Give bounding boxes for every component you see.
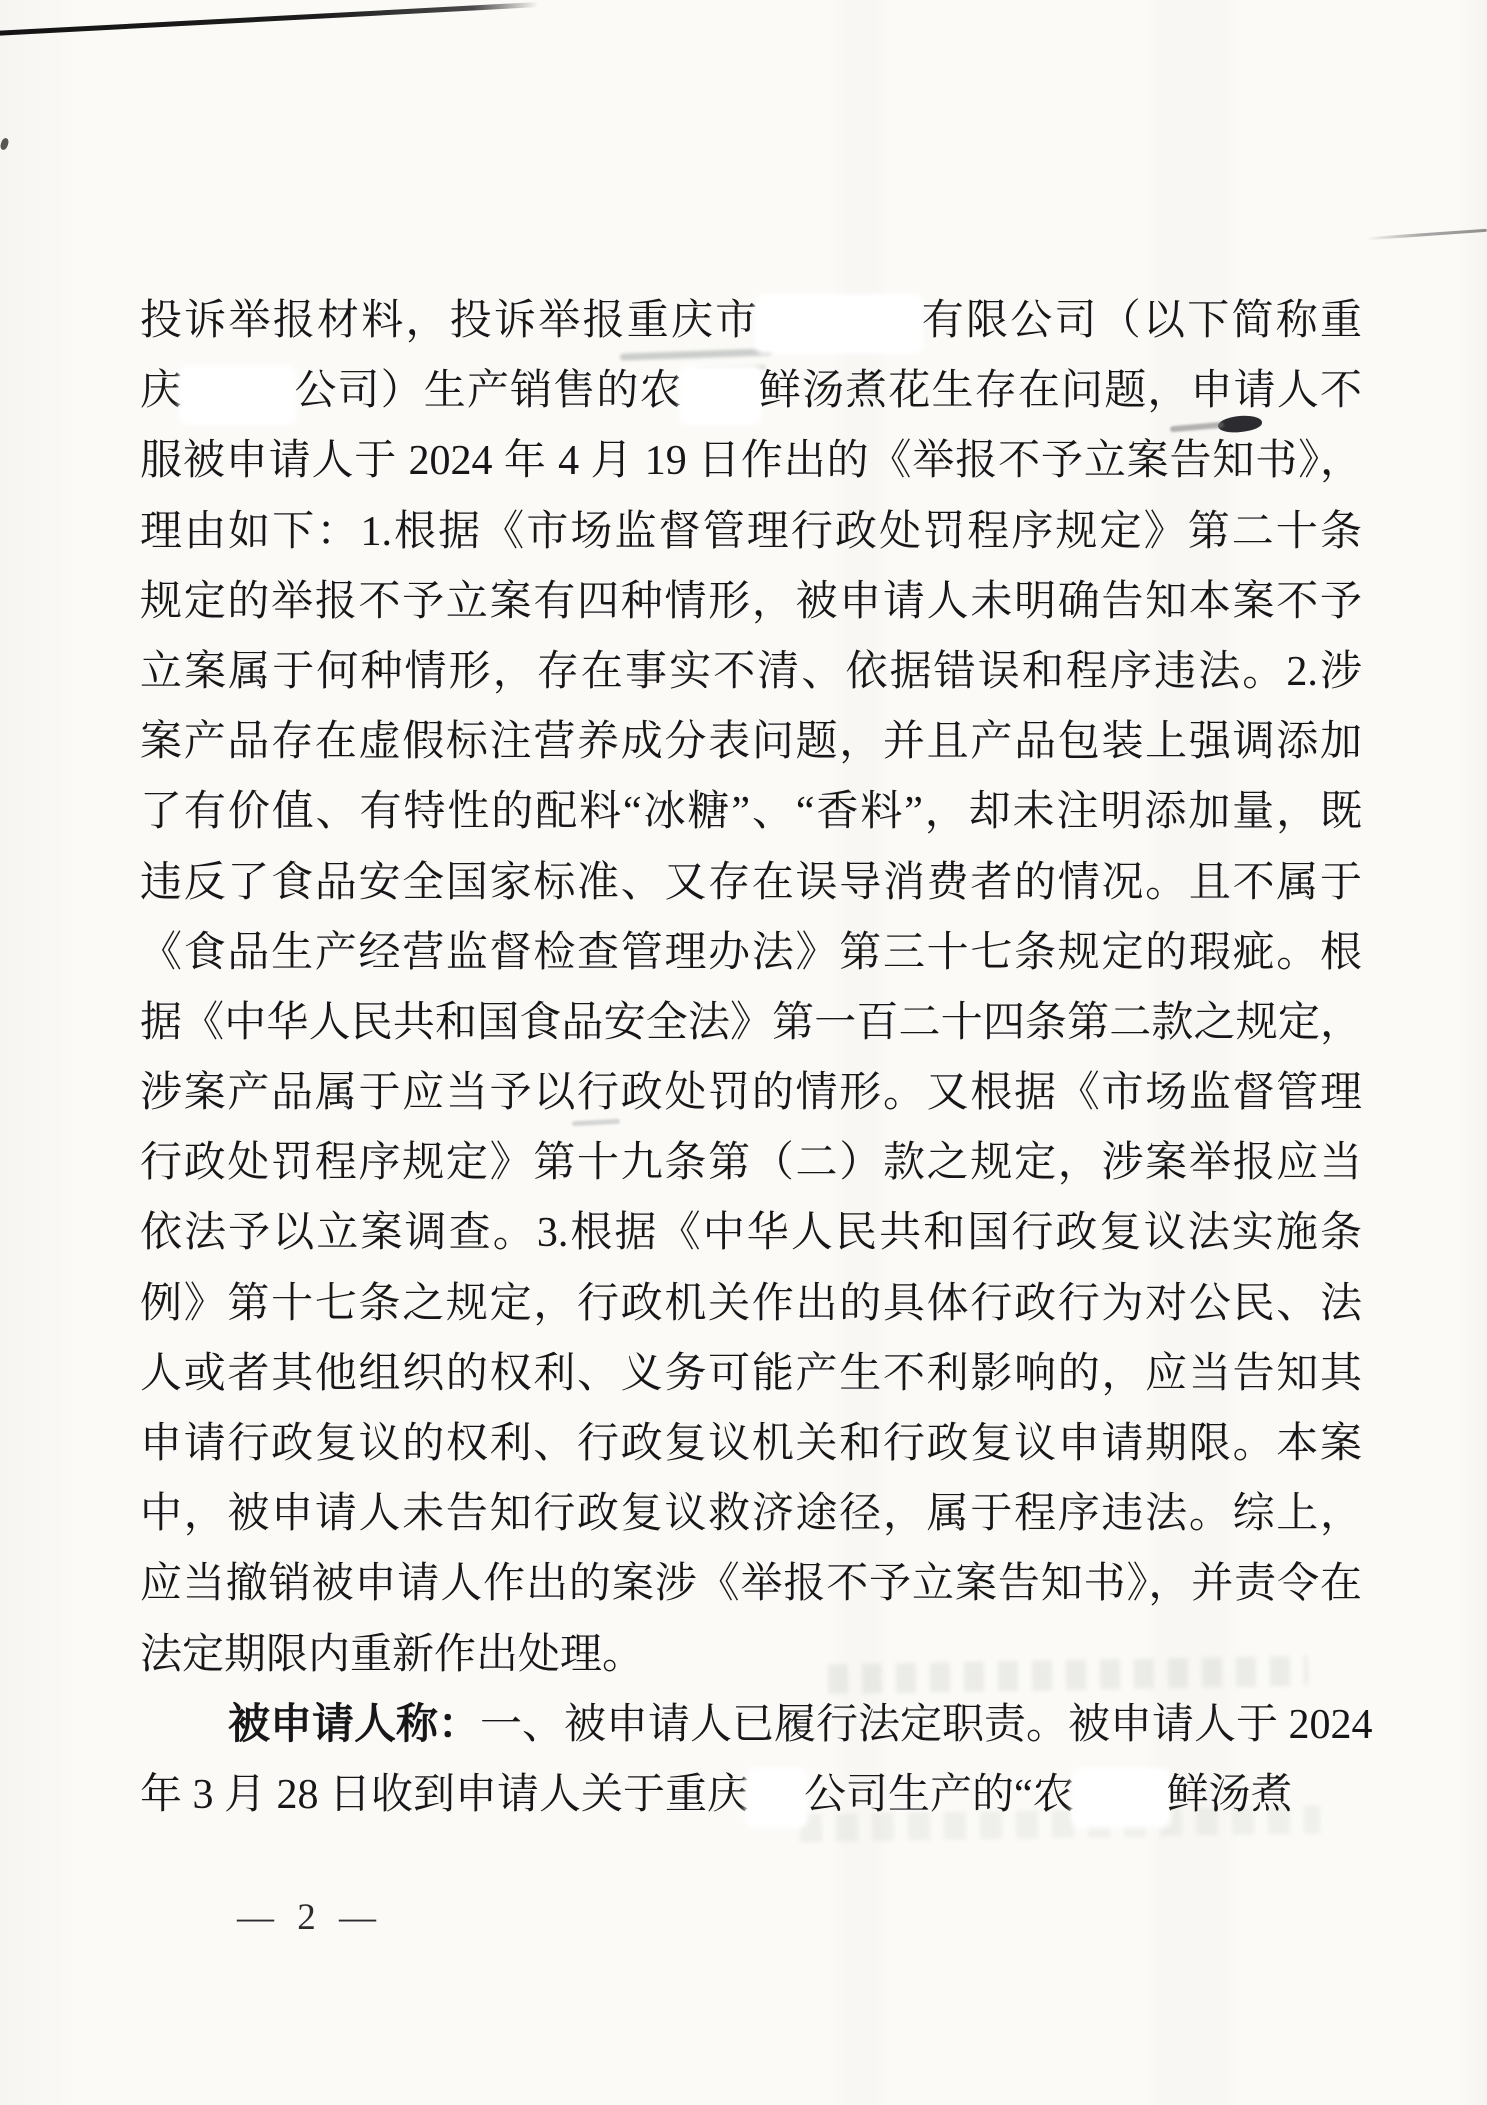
text-line: 年 3 月 28 日收到申请人关于重庆公司生产的“农鲜汤煮 bbox=[140, 1760, 1362, 1830]
text-line: 庆公司）生产销售的农鲜汤煮花生存在问题，申请人不 bbox=[140, 356, 1362, 426]
text-line: 应当撤销被申请人作出的案涉《举报不予立案告知书》，并责令在 bbox=[140, 1549, 1362, 1619]
text-segment: 规定的举报不予立案有四种情形，被申请人未明确告知本案不予 bbox=[140, 579, 1362, 625]
text-line: 案产品存在虚假标注营养成分表问题，并且产品包装上强调添加 bbox=[140, 707, 1362, 777]
text-segment: 案产品存在虚假标注营养成分表问题，并且产品包装上强调添加 bbox=[140, 719, 1362, 765]
text-segment: 投诉举报材料，投诉举报重庆市 bbox=[140, 298, 759, 344]
text-line: 人或者其他组织的权利、义务可能产生不利影响的，应当告知其 bbox=[140, 1339, 1362, 1409]
redaction-gap bbox=[183, 369, 293, 421]
document-text-block: 投诉举报材料，投诉举报重庆市有限公司（以下简称重庆公司）生产销售的农鲜汤煮花生存… bbox=[140, 286, 1362, 1830]
text-segment: 一、被申请人已履行法定职责。被申请人于 2024 bbox=[480, 1702, 1373, 1748]
text-segment: 公司生产的“农 bbox=[804, 1772, 1075, 1818]
text-segment: 《食品生产经营监督检查管理办法》第三十七条规定的瑕疵。根 bbox=[140, 930, 1362, 976]
text-segment: 涉案产品属于应当予以行政处罚的情形。又根据《市场监督管理 bbox=[140, 1070, 1362, 1116]
scanned-document-page: { "page": { "paper_color": "#fbfaf7", "i… bbox=[0, 0, 1487, 2105]
scan-speck-artifact bbox=[0, 137, 10, 151]
text-line: 被申请人称：一、被申请人已履行法定职责。被申请人于 2024 bbox=[140, 1690, 1362, 1760]
scan-curve-artifact bbox=[1366, 229, 1487, 240]
text-segment: 服被申请人于 2024 年 4 月 19 日作出的《举报不予立案告知书》， bbox=[140, 438, 1362, 484]
redaction-gap bbox=[759, 298, 919, 350]
text-segment: 申请行政复议的权利、行政复议机关和行政复议申请期限。本案 bbox=[140, 1421, 1362, 1467]
page-number: — 2 — bbox=[237, 1896, 378, 1939]
text-segment: 立案属于何种情形，存在事实不清、依据错误和程序违法。2.涉 bbox=[140, 649, 1362, 695]
text-segment: 中，被申请人未告知行政复议救济途径，属于程序违法。综上， bbox=[140, 1491, 1362, 1537]
text-line: 服被申请人于 2024 年 4 月 19 日作出的《举报不予立案告知书》， bbox=[140, 426, 1362, 496]
text-segment: 庆 bbox=[140, 368, 183, 414]
redaction-gap bbox=[749, 1772, 804, 1824]
text-line: 了有价值、有特性的配料“冰糖”、“香料”，却未注明添加量，既 bbox=[140, 777, 1362, 847]
redaction-gap bbox=[1075, 1772, 1167, 1824]
text-segment: 依法予以立案调查。3.根据《中华人民共和国行政复议法实施条 bbox=[140, 1210, 1362, 1256]
text-segment: 例》第十七条之规定，行政机关作出的具体行政行为对公民、法 bbox=[140, 1281, 1362, 1327]
text-segment: 被申请人称： bbox=[228, 1702, 480, 1748]
text-segment: 公司）生产销售的农 bbox=[293, 368, 683, 414]
text-segment: 年 3 月 28 日收到申请人关于重庆 bbox=[140, 1772, 749, 1818]
text-segment: 人或者其他组织的权利、义务可能产生不利影响的，应当告知其 bbox=[140, 1351, 1362, 1397]
text-line: 涉案产品属于应当予以行政处罚的情形。又根据《市场监督管理 bbox=[140, 1058, 1362, 1128]
text-line: 据《中华人民共和国食品安全法》第一百二十四条第二款之规定， bbox=[140, 988, 1362, 1058]
text-segment: 理由如下：1.根据《市场监督管理行政处罚程序规定》第二十条 bbox=[140, 509, 1362, 555]
redaction-gap bbox=[683, 369, 758, 421]
text-segment: 法定期限内重新作出处理。 bbox=[140, 1632, 644, 1678]
text-segment: 违反了食品安全国家标准、又存在误导消费者的情况。且不属于 bbox=[140, 860, 1362, 906]
text-segment: 了有价值、有特性的配料“冰糖”、“香料”，却未注明添加量，既 bbox=[140, 789, 1362, 835]
scan-edge-line-artifact bbox=[0, 2, 538, 36]
text-line: 投诉举报材料，投诉举报重庆市有限公司（以下简称重 bbox=[140, 286, 1362, 356]
text-line: 理由如下：1.根据《市场监督管理行政处罚程序规定》第二十条 bbox=[140, 497, 1362, 567]
text-segment: 据《中华人民共和国食品安全法》第一百二十四条第二款之规定， bbox=[140, 1000, 1362, 1046]
text-line: 《食品生产经营监督检查管理办法》第三十七条规定的瑕疵。根 bbox=[140, 918, 1362, 988]
text-segment: 应当撤销被申请人作出的案涉《举报不予立案告知书》，并责令在 bbox=[140, 1561, 1362, 1607]
text-line: 规定的举报不予立案有四种情形，被申请人未明确告知本案不予 bbox=[140, 567, 1362, 637]
text-segment: 鲜汤煮 bbox=[1167, 1772, 1293, 1818]
text-segment: 鲜汤煮花生存在问题，申请人不 bbox=[758, 368, 1362, 414]
text-line: 依法予以立案调查。3.根据《中华人民共和国行政复议法实施条 bbox=[140, 1198, 1362, 1268]
text-line: 中，被申请人未告知行政复议救济途径，属于程序违法。综上， bbox=[140, 1479, 1362, 1549]
text-line: 违反了食品安全国家标准、又存在误导消费者的情况。且不属于 bbox=[140, 848, 1362, 918]
text-line: 行政处罚程序规定》第十九条第（二）款之规定，涉案举报应当 bbox=[140, 1128, 1362, 1198]
text-line: 法定期限内重新作出处理。 bbox=[140, 1620, 1362, 1690]
text-line: 申请行政复议的权利、行政复议机关和行政复议申请期限。本案 bbox=[140, 1409, 1362, 1479]
text-segment: 行政处罚程序规定》第十九条第（二）款之规定，涉案举报应当 bbox=[140, 1140, 1362, 1186]
text-line: 立案属于何种情形，存在事实不清、依据错误和程序违法。2.涉 bbox=[140, 637, 1362, 707]
text-segment: 有限公司（以下简称重 bbox=[919, 298, 1362, 344]
text-line: 例》第十七条之规定，行政机关作出的具体行政行为对公民、法 bbox=[140, 1269, 1362, 1339]
